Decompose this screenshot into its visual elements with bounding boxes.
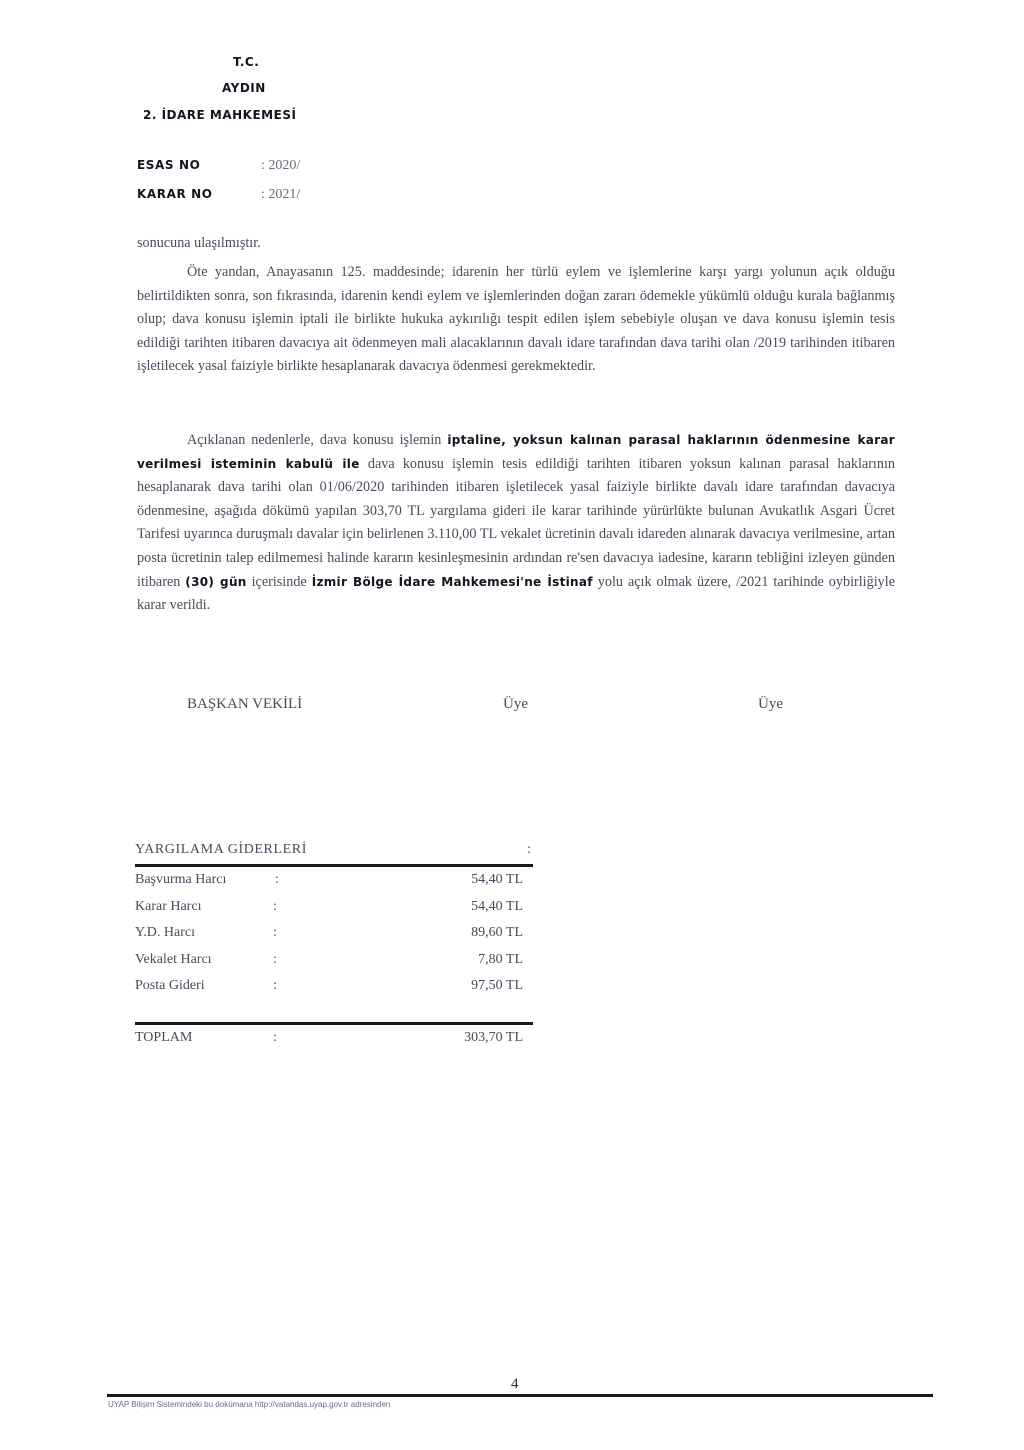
paragraph-1-text: Öte yandan, Anayasanın 125. maddesinde; … [137, 261, 895, 379]
esas-no-value: : 2020/ [261, 158, 300, 173]
costs-rows: Başvurma Harcı:54,40 TLKarar Harcı:54,40… [135, 867, 533, 1000]
total-colon: : [273, 1025, 277, 1051]
para2-bold-days: (30) gün [185, 575, 246, 589]
cost-colon: : [275, 867, 279, 893]
esas-no-line: ESAS NO: 2020/ [137, 158, 300, 174]
costs-title-colon: : [527, 842, 531, 858]
cost-amount: 89,60 TL [471, 920, 523, 946]
total-amount: 303,70 TL [464, 1025, 523, 1051]
header-tc: T.C. [233, 55, 259, 69]
karar-no-label: KARAR NO [137, 187, 261, 201]
cost-name: Başvurma Harcı [135, 867, 226, 893]
costs-row: Posta Gideri:97,50 TL [135, 973, 533, 1000]
cost-amount: 54,40 TL [471, 894, 523, 920]
signature-member-2: Üye [758, 696, 783, 713]
costs-total-row: TOPLAM : 303,70 TL [135, 1025, 533, 1052]
karar-no-line: KARAR NO: 2021/ [137, 187, 300, 203]
costs-title-row: YARGILAMA GİDERLERİ : [135, 842, 533, 867]
cost-amount: 7,80 TL [478, 947, 523, 973]
footer-rule [107, 1394, 933, 1397]
cost-name: Y.D. Harcı [135, 920, 195, 946]
header-court: 2. İDARE MAHKEMESİ [143, 108, 296, 122]
paragraph-2-text: Açıklanan nedenlerle, dava konusu işlemi… [137, 429, 895, 618]
cost-name: Karar Harcı [135, 894, 201, 920]
document-page: T.C. AYDIN 2. İDARE MAHKEMESİ ESAS NO: 2… [0, 0, 1024, 1450]
footer-note: UYAP Bilişim Sistemindeki bu dokümana ht… [108, 1400, 390, 1409]
costs-row: Vekalet Harcı:7,80 TL [135, 947, 533, 974]
cost-name: Posta Gideri [135, 973, 205, 999]
cost-colon: : [273, 947, 277, 973]
lead-text: sonucuna ulaşılmıştır. [137, 232, 895, 256]
para2-bold-court: İzmir Bölge İdare Mahkemesi'ne İstinaf [312, 575, 593, 589]
costs-table: YARGILAMA GİDERLERİ : Başvurma Harcı:54,… [135, 842, 533, 1051]
costs-row: Başvurma Harcı:54,40 TL [135, 867, 533, 894]
cost-colon: : [273, 894, 277, 920]
costs-title: YARGILAMA GİDERLERİ [135, 842, 307, 857]
paragraph-1: Öte yandan, Anayasanın 125. maddesinde; … [137, 261, 895, 379]
header-city: AYDIN [222, 81, 266, 95]
karar-no-value: : 2021/ [261, 187, 300, 202]
para2-mid2: içerisinde [247, 574, 312, 590]
costs-row: Y.D. Harcı:89,60 TL [135, 920, 533, 947]
lead-sentence: sonucuna ulaşılmıştır. [137, 232, 895, 256]
cost-colon: : [273, 973, 277, 999]
para2-mid: dava konusu işlemin tesis edildiği tarih… [137, 456, 895, 590]
signature-member-1: Üye [503, 696, 528, 713]
cost-amount: 97,50 TL [471, 973, 523, 999]
signature-chair: BAŞKAN VEKİLİ [187, 696, 302, 713]
total-label: TOPLAM [135, 1025, 192, 1051]
page-number: 4 [511, 1376, 519, 1393]
paragraph-2: Açıklanan nedenlerle, dava konusu işlemi… [137, 429, 895, 618]
cost-colon: : [273, 920, 277, 946]
cost-name: Vekalet Harcı [135, 947, 212, 973]
esas-no-label: ESAS NO [137, 158, 261, 172]
cost-amount: 54,40 TL [471, 867, 523, 893]
costs-row: Karar Harcı:54,40 TL [135, 894, 533, 921]
para2-intro: Açıklanan nedenlerle, dava konusu işlemi… [187, 432, 447, 448]
